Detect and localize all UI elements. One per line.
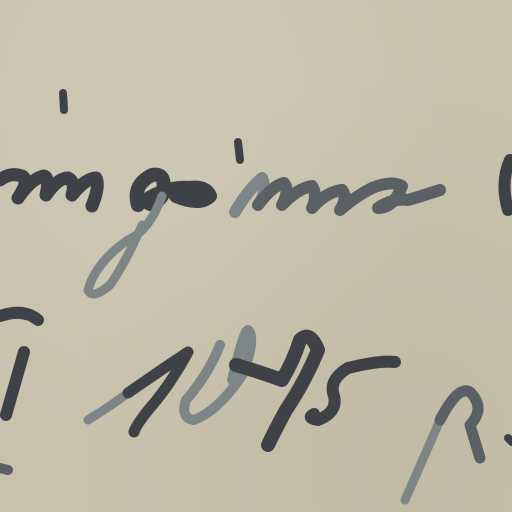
- handwritten-line-2: [0, 313, 512, 500]
- handwritten-line-1: [0, 93, 510, 294]
- handwriting-ink: [0, 0, 512, 512]
